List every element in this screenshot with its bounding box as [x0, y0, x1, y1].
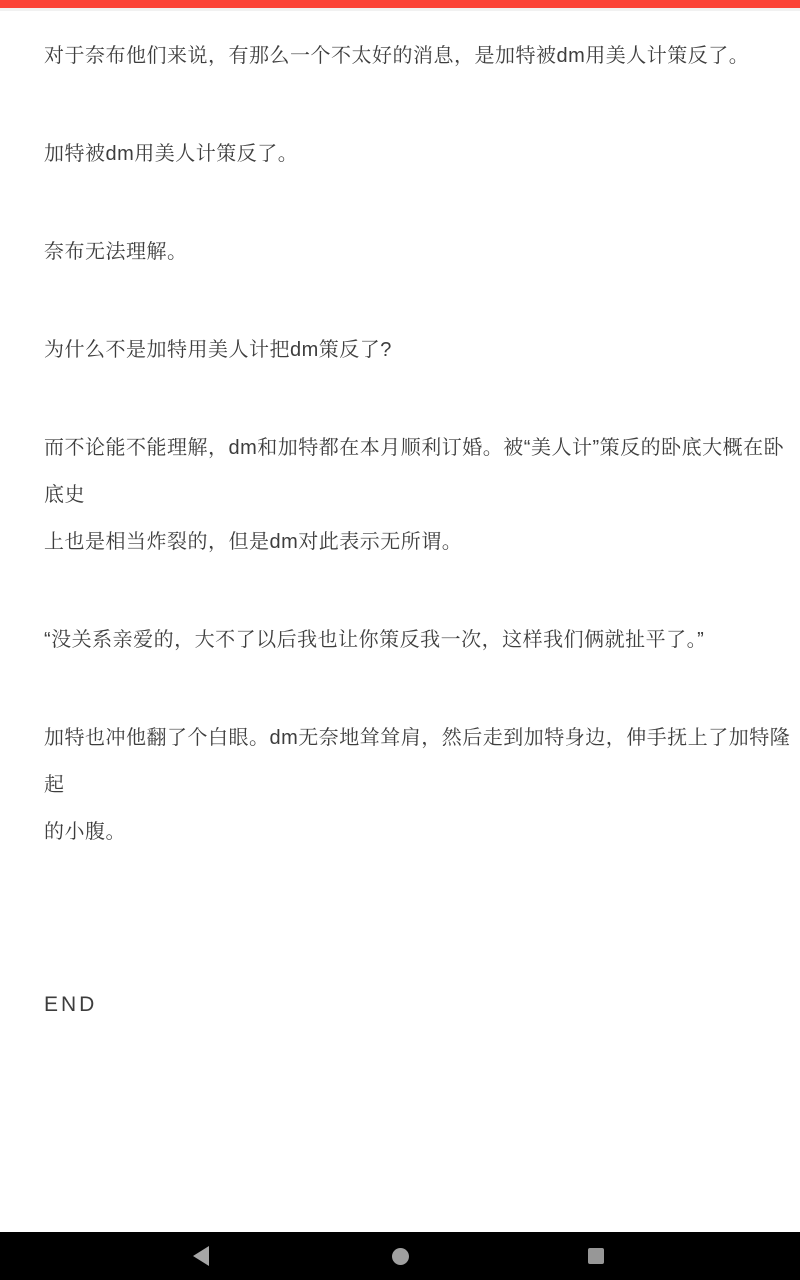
- end-marker: END: [44, 981, 794, 1028]
- back-button[interactable]: [171, 1232, 231, 1280]
- paragraph: 而不论能不能理解，dm和加特都在本月顺利订婚。被“美人计”策反的卧底大概在卧底史…: [44, 425, 794, 566]
- android-nav-bar: [0, 1232, 800, 1280]
- recents-square-icon: [588, 1248, 604, 1264]
- recents-button[interactable]: [566, 1232, 626, 1280]
- paragraph: 奈布无法理解。: [44, 229, 794, 276]
- novel-text-area[interactable]: 对于奈布他们来说，有那么一个不太好的消息，是加特被dm用美人计策反了。 加特被d…: [0, 0, 800, 1232]
- reader-screen: 对于奈布他们来说，有那么一个不太好的消息，是加特被dm用美人计策反了。 加特被d…: [0, 0, 800, 1280]
- home-button[interactable]: [370, 1232, 430, 1280]
- paragraph: 加特被dm用美人计策反了。: [44, 131, 794, 178]
- paragraph: 对于奈布他们来说，有那么一个不太好的消息，是加特被dm用美人计策反了。: [44, 33, 794, 80]
- paragraph: “没关系亲爱的，大不了以后我也让你策反我一次，这样我们俩就扯平了。”: [44, 617, 794, 664]
- back-triangle-icon: [193, 1246, 209, 1266]
- home-circle-icon: [392, 1248, 409, 1265]
- paragraph: 为什么不是加特用美人计把dm策反了?: [44, 327, 794, 374]
- paragraph: 加特也冲他翻了个白眼。dm无奈地耸耸肩，然后走到加特身边，伸手抚上了加特隆起 的…: [44, 715, 794, 856]
